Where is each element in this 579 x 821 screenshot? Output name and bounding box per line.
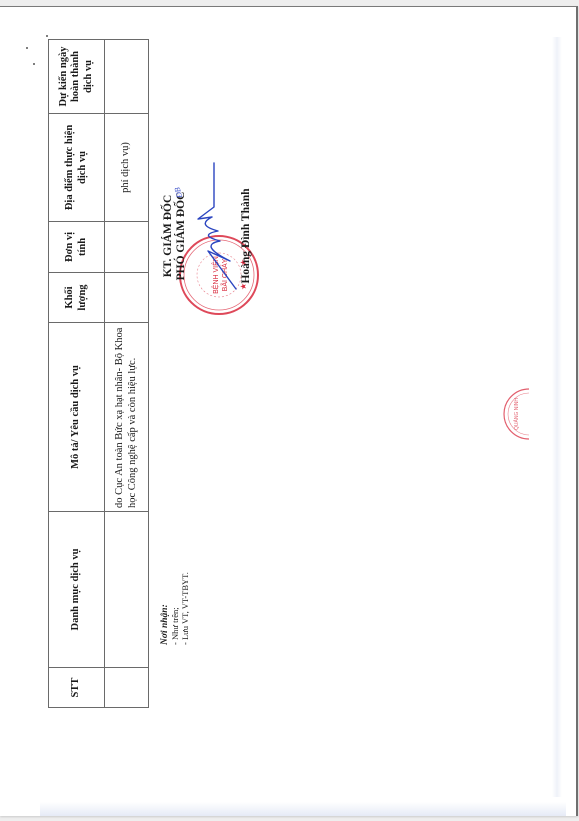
- partial-stamp-text: QUẢNG NINH: [513, 398, 520, 430]
- header-service: Danh mục dịch vụ: [49, 512, 105, 668]
- signature-icon: [168, 161, 248, 291]
- cell-location: phí dịch vụ): [105, 114, 149, 222]
- header-quantity: Khối lượng: [49, 273, 105, 323]
- cell-stt: [105, 668, 149, 708]
- header-completion: Dự kiến ngày hoàn thành dịch vụ: [49, 40, 105, 114]
- header-description: Mô tả/ Yêu cầu dịch vụ: [49, 323, 105, 512]
- recipients-block: Nơi nhận: - Như trên; - Lưu VT, VT-TBYT.: [160, 572, 190, 645]
- table-header-row: STT Danh mục dịch vụ Mô tả/ Yêu cầu dịch…: [49, 40, 105, 708]
- cell-quantity: [105, 273, 149, 323]
- header-unit: Đơn vị tính: [49, 222, 105, 273]
- header-stt: STT: [49, 668, 105, 708]
- cell-unit: [105, 222, 149, 273]
- cell-service: [105, 512, 149, 668]
- service-table: STT Danh mục dịch vụ Mô tả/ Yêu cầu dịch…: [48, 39, 149, 708]
- rotated-document: STT Danh mục dịch vụ Mô tả/ Yêu cầu dịch…: [0, 0, 569, 811]
- partial-stamp-icon: QUẢNG NINH: [500, 385, 558, 443]
- cell-completion: [105, 40, 149, 114]
- recipient-item: - Lưu VT, VT-TBYT.: [181, 572, 191, 645]
- table-row: do Cục An toàn Bức xạ hạt nhân- Bộ Khoa …: [105, 40, 149, 708]
- header-location: Địa điểm thực hiện dịch vụ: [49, 114, 105, 222]
- signer-name: Hoàng Đình Thành: [240, 161, 252, 311]
- cell-description: do Cục An toàn Bức xạ hạt nhân- Bộ Khoa …: [105, 323, 149, 512]
